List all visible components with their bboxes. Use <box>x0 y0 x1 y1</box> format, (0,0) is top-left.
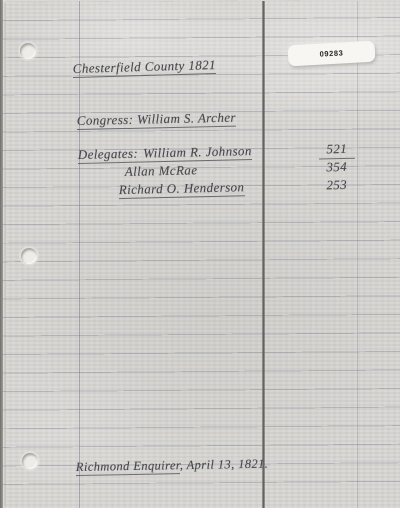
citation-date: , April 13, 1821. <box>180 457 269 473</box>
vote-count: 521 <box>319 141 355 160</box>
newspaper-name: Richmond Enquirer <box>76 458 180 476</box>
delegates-label: Delegates: <box>78 146 139 162</box>
delegate-name: William R. Johnson <box>143 143 252 160</box>
delegate-name: Allan McRae <box>125 162 198 179</box>
scanned-document: { "page": { "catalog_number": "09283", "… <box>0 0 400 508</box>
congress-line: Congress: William S. Archer <box>77 110 236 129</box>
congress-line-text: Congress: William S. Archer <box>77 110 236 130</box>
vote-count: 253 <box>319 177 355 194</box>
page-title-text: Chesterfield County 1821 <box>73 57 217 78</box>
handwriting-layer: Chesterfield County 1821 Congress: Willi… <box>0 0 400 508</box>
delegate-name: Richard O. Henderson <box>119 179 245 199</box>
page-title: Chesterfield County 1821 <box>73 57 217 77</box>
citation-line: Richmond Enquirer, April 13, 1821. <box>76 457 269 475</box>
vote-count: 354 <box>319 159 355 176</box>
